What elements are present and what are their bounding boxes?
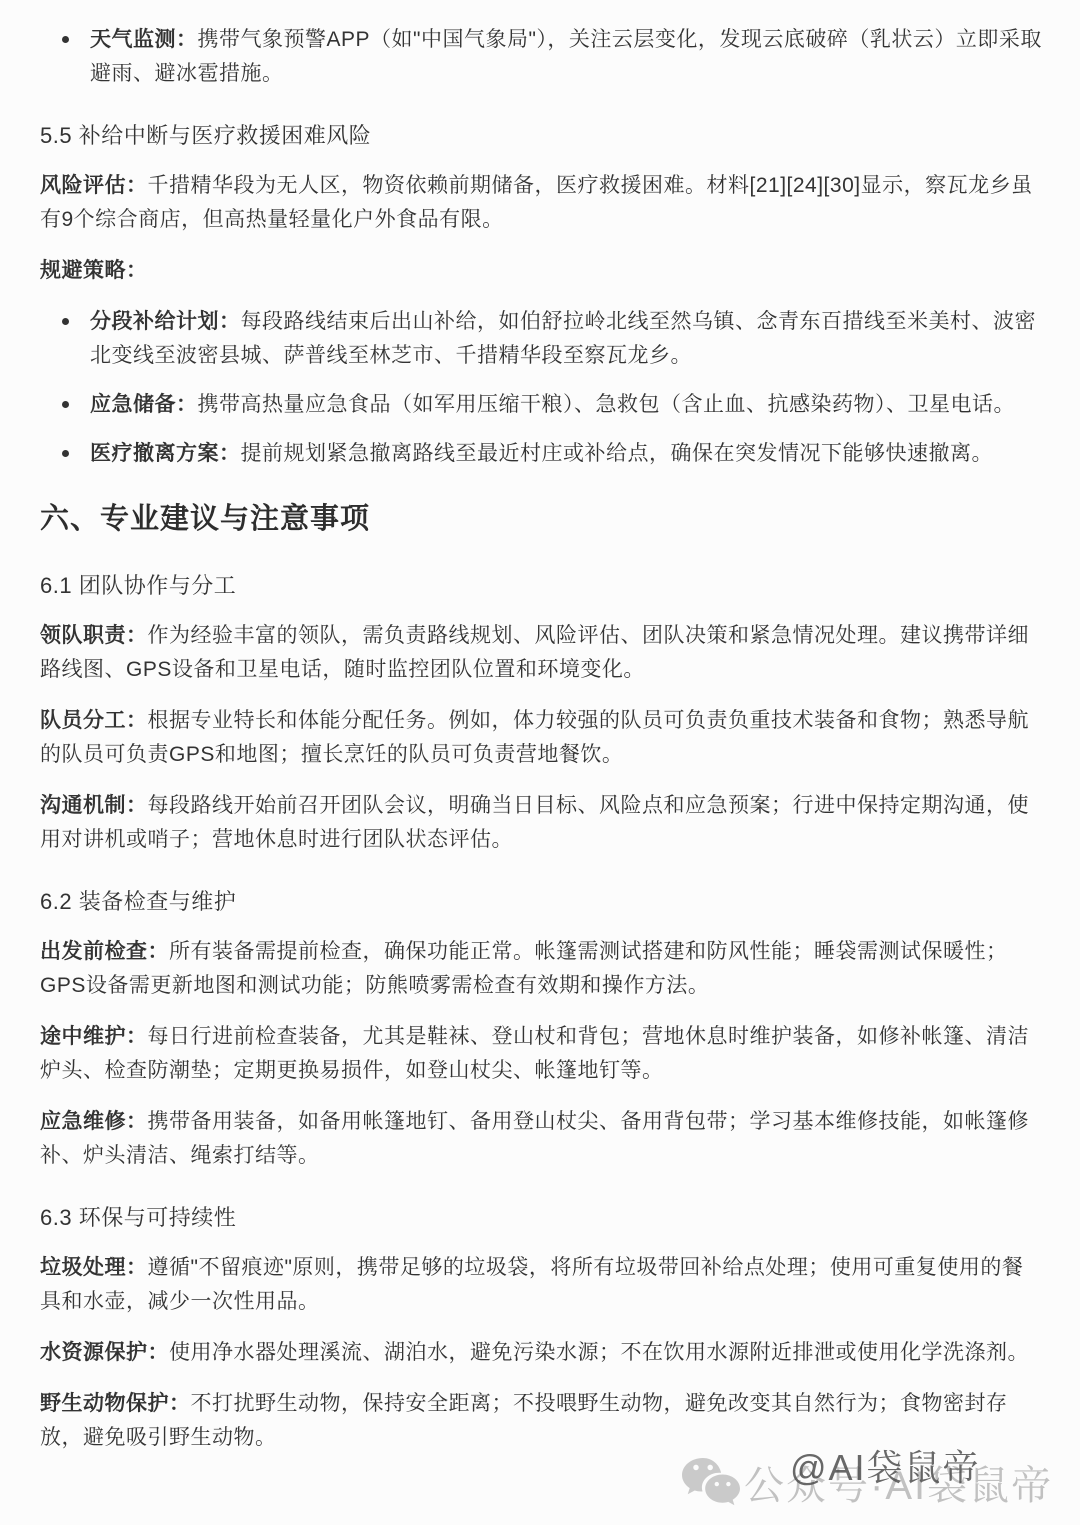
term-label: 领队职责：	[40, 624, 148, 647]
section-heading-6-2: 6.2 装备检查与维护	[40, 887, 1044, 917]
chapter-heading-6: 六、专业建议与注意事项	[40, 497, 1044, 541]
term-label: 天气监测：	[90, 28, 198, 51]
paragraph-leader-duty: 领队职责：作为经验丰富的领队，需负责路线规划、风险评估、团队决策和紧急情况处理。…	[40, 619, 1044, 687]
body-text: 每日行进前检查装备，尤其是鞋袜、登山杖和背包；营地休息时维护装备，如修补帐篷、清…	[40, 1025, 1029, 1082]
term-label: 医疗撤离方案：	[90, 442, 241, 465]
article-body: 天气监测：携带气象预警APP（如"中国气象局"），关注云层变化，发现云底破碎（乳…	[0, 0, 1080, 1455]
list-item: 分段补给计划：每段路线结束后出山补给，如伯舒拉岭北线至然乌镇、念青东百措线至米美…	[40, 305, 1044, 373]
term-label: 应急储备：	[90, 393, 198, 416]
body-text: 遵循"不留痕迹"原则，携带足够的垃圾袋，将所有垃圾带回补给点处理；使用可重复使用…	[40, 1256, 1023, 1313]
paragraph-emergency-repair: 应急维修：携带备用装备，如备用帐篷地钉、备用登山杖尖、备用背包带；学习基本维修技…	[40, 1105, 1044, 1173]
paragraph-risk-assessment: 风险评估：千措精华段为无人区，物资依赖前期储备，医疗救援困难。材料[21][24…	[40, 169, 1044, 237]
wechat-icon	[680, 1456, 742, 1510]
paragraph-en-route-maintenance: 途中维护：每日行进前检查装备，尤其是鞋袜、登山杖和背包；营地休息时维护装备，如修…	[40, 1020, 1044, 1088]
watermark-text-light: 公众号·AI袋鼠帝	[744, 1464, 1053, 1508]
bullet-icon	[62, 450, 69, 457]
paragraph-pre-departure-check: 出发前检查：所有装备需提前检查，确保功能正常。帐篷需测试搭建和防风性能；睡袋需测…	[40, 935, 1044, 1003]
bullet-icon	[62, 36, 69, 43]
term-label: 途中维护：	[40, 1025, 148, 1048]
body-text: 根据专业特长和体能分配任务。例如，体力较强的队员可负责负重技术装备和食物；熟悉导…	[40, 709, 1029, 766]
body-text: 作为经验丰富的领队，需负责路线规划、风险评估、团队决策和紧急情况处理。建议携带详…	[40, 624, 1029, 681]
paragraph-member-division: 队员分工：根据专业特长和体能分配任务。例如，体力较强的队员可负责负重技术装备和食…	[40, 704, 1044, 772]
body-text: 提前规划紧急撤离路线至最近村庄或补给点，确保在突发情况下能够快速撤离。	[241, 442, 994, 465]
document-page: 天气监测：携带气象预警APP（如"中国气象局"），关注云层变化，发现云底破碎（乳…	[0, 0, 1080, 1525]
term-label: 野生动物保护：	[40, 1392, 191, 1415]
body-text: 千措精华段为无人区，物资依赖前期储备，医疗救援困难。材料[21][24][30]…	[40, 174, 1033, 231]
list-item: 医疗撤离方案：提前规划紧急撤离路线至最近村庄或补给点，确保在突发情况下能够快速撤…	[40, 437, 1044, 471]
term-label: 风险评估：	[40, 174, 148, 197]
body-text: 所有装备需提前检查，确保功能正常。帐篷需测试搭建和防风性能；睡袋需测试保暖性；G…	[40, 940, 1008, 997]
paragraph-wildlife-protection: 野生动物保护：不打扰野生动物，保持安全距离；不投喂野生动物，避免改变其自然行为；…	[40, 1387, 1044, 1455]
bullet-list-supply: 分段补给计划：每段路线结束后出山补给，如伯舒拉岭北线至然乌镇、念青东百措线至米美…	[40, 305, 1044, 471]
body-text: 每段路线开始前召开团队会议，明确当日目标、风险点和应急预案；行进中保持定期沟通，…	[40, 794, 1029, 851]
section-heading-6-1: 6.1 团队协作与分工	[40, 571, 1044, 601]
section-heading-6-3: 6.3 环保与可持续性	[40, 1203, 1044, 1233]
body-text: 携带备用装备，如备用帐篷地钉、备用登山杖尖、备用背包带；学习基本维修技能，如帐篷…	[40, 1110, 1029, 1167]
term-label: 水资源保护：	[40, 1341, 169, 1364]
body-text: 携带气象预警APP（如"中国气象局"），关注云层变化，发现云底破碎（乳状云）立即…	[90, 28, 1042, 85]
term-label: 沟通机制：	[40, 794, 148, 817]
term-label: 出发前检查：	[40, 940, 169, 963]
term-label: 应急维修：	[40, 1110, 148, 1133]
term-label: 规避策略：	[40, 259, 148, 282]
bullet-icon	[62, 318, 69, 325]
list-item: 应急储备：携带高热量应急食品（如军用压缩干粮）、急救包（含止血、抗感染药物）、卫…	[40, 388, 1044, 422]
bullet-icon	[62, 401, 69, 408]
paragraph-communication: 沟通机制：每段路线开始前召开团队会议，明确当日目标、风险点和应急预案；行进中保持…	[40, 789, 1044, 857]
section-heading-5-5: 5.5 补给中断与医疗救援困难风险	[40, 121, 1044, 151]
paragraph-garbage-handling: 垃圾处理：遵循"不留痕迹"原则，携带足够的垃圾袋，将所有垃圾带回补给点处理；使用…	[40, 1251, 1044, 1319]
term-label: 分段补给计划：	[90, 310, 241, 333]
term-label: 垃圾处理：	[40, 1256, 148, 1279]
term-label: 队员分工：	[40, 709, 148, 732]
body-text: 使用净水器处理溪流、湖泊水，避免污染水源；不在饮用水源附近排泄或使用化学洗涤剂。	[169, 1341, 1029, 1364]
bullet-list-weather: 天气监测：携带气象预警APP（如"中国气象局"），关注云层变化，发现云底破碎（乳…	[40, 23, 1044, 91]
paragraph-avoidance-strategy: 规避策略：	[40, 254, 1044, 288]
paragraph-water-protection: 水资源保护：使用净水器处理溪流、湖泊水，避免污染水源；不在饮用水源附近排泄或使用…	[40, 1336, 1044, 1370]
list-item: 天气监测：携带气象预警APP（如"中国气象局"），关注云层变化，发现云底破碎（乳…	[40, 23, 1044, 91]
body-text: 携带高热量应急食品（如军用压缩干粮）、急救包（含止血、抗感染药物）、卫星电话。	[198, 393, 1016, 416]
